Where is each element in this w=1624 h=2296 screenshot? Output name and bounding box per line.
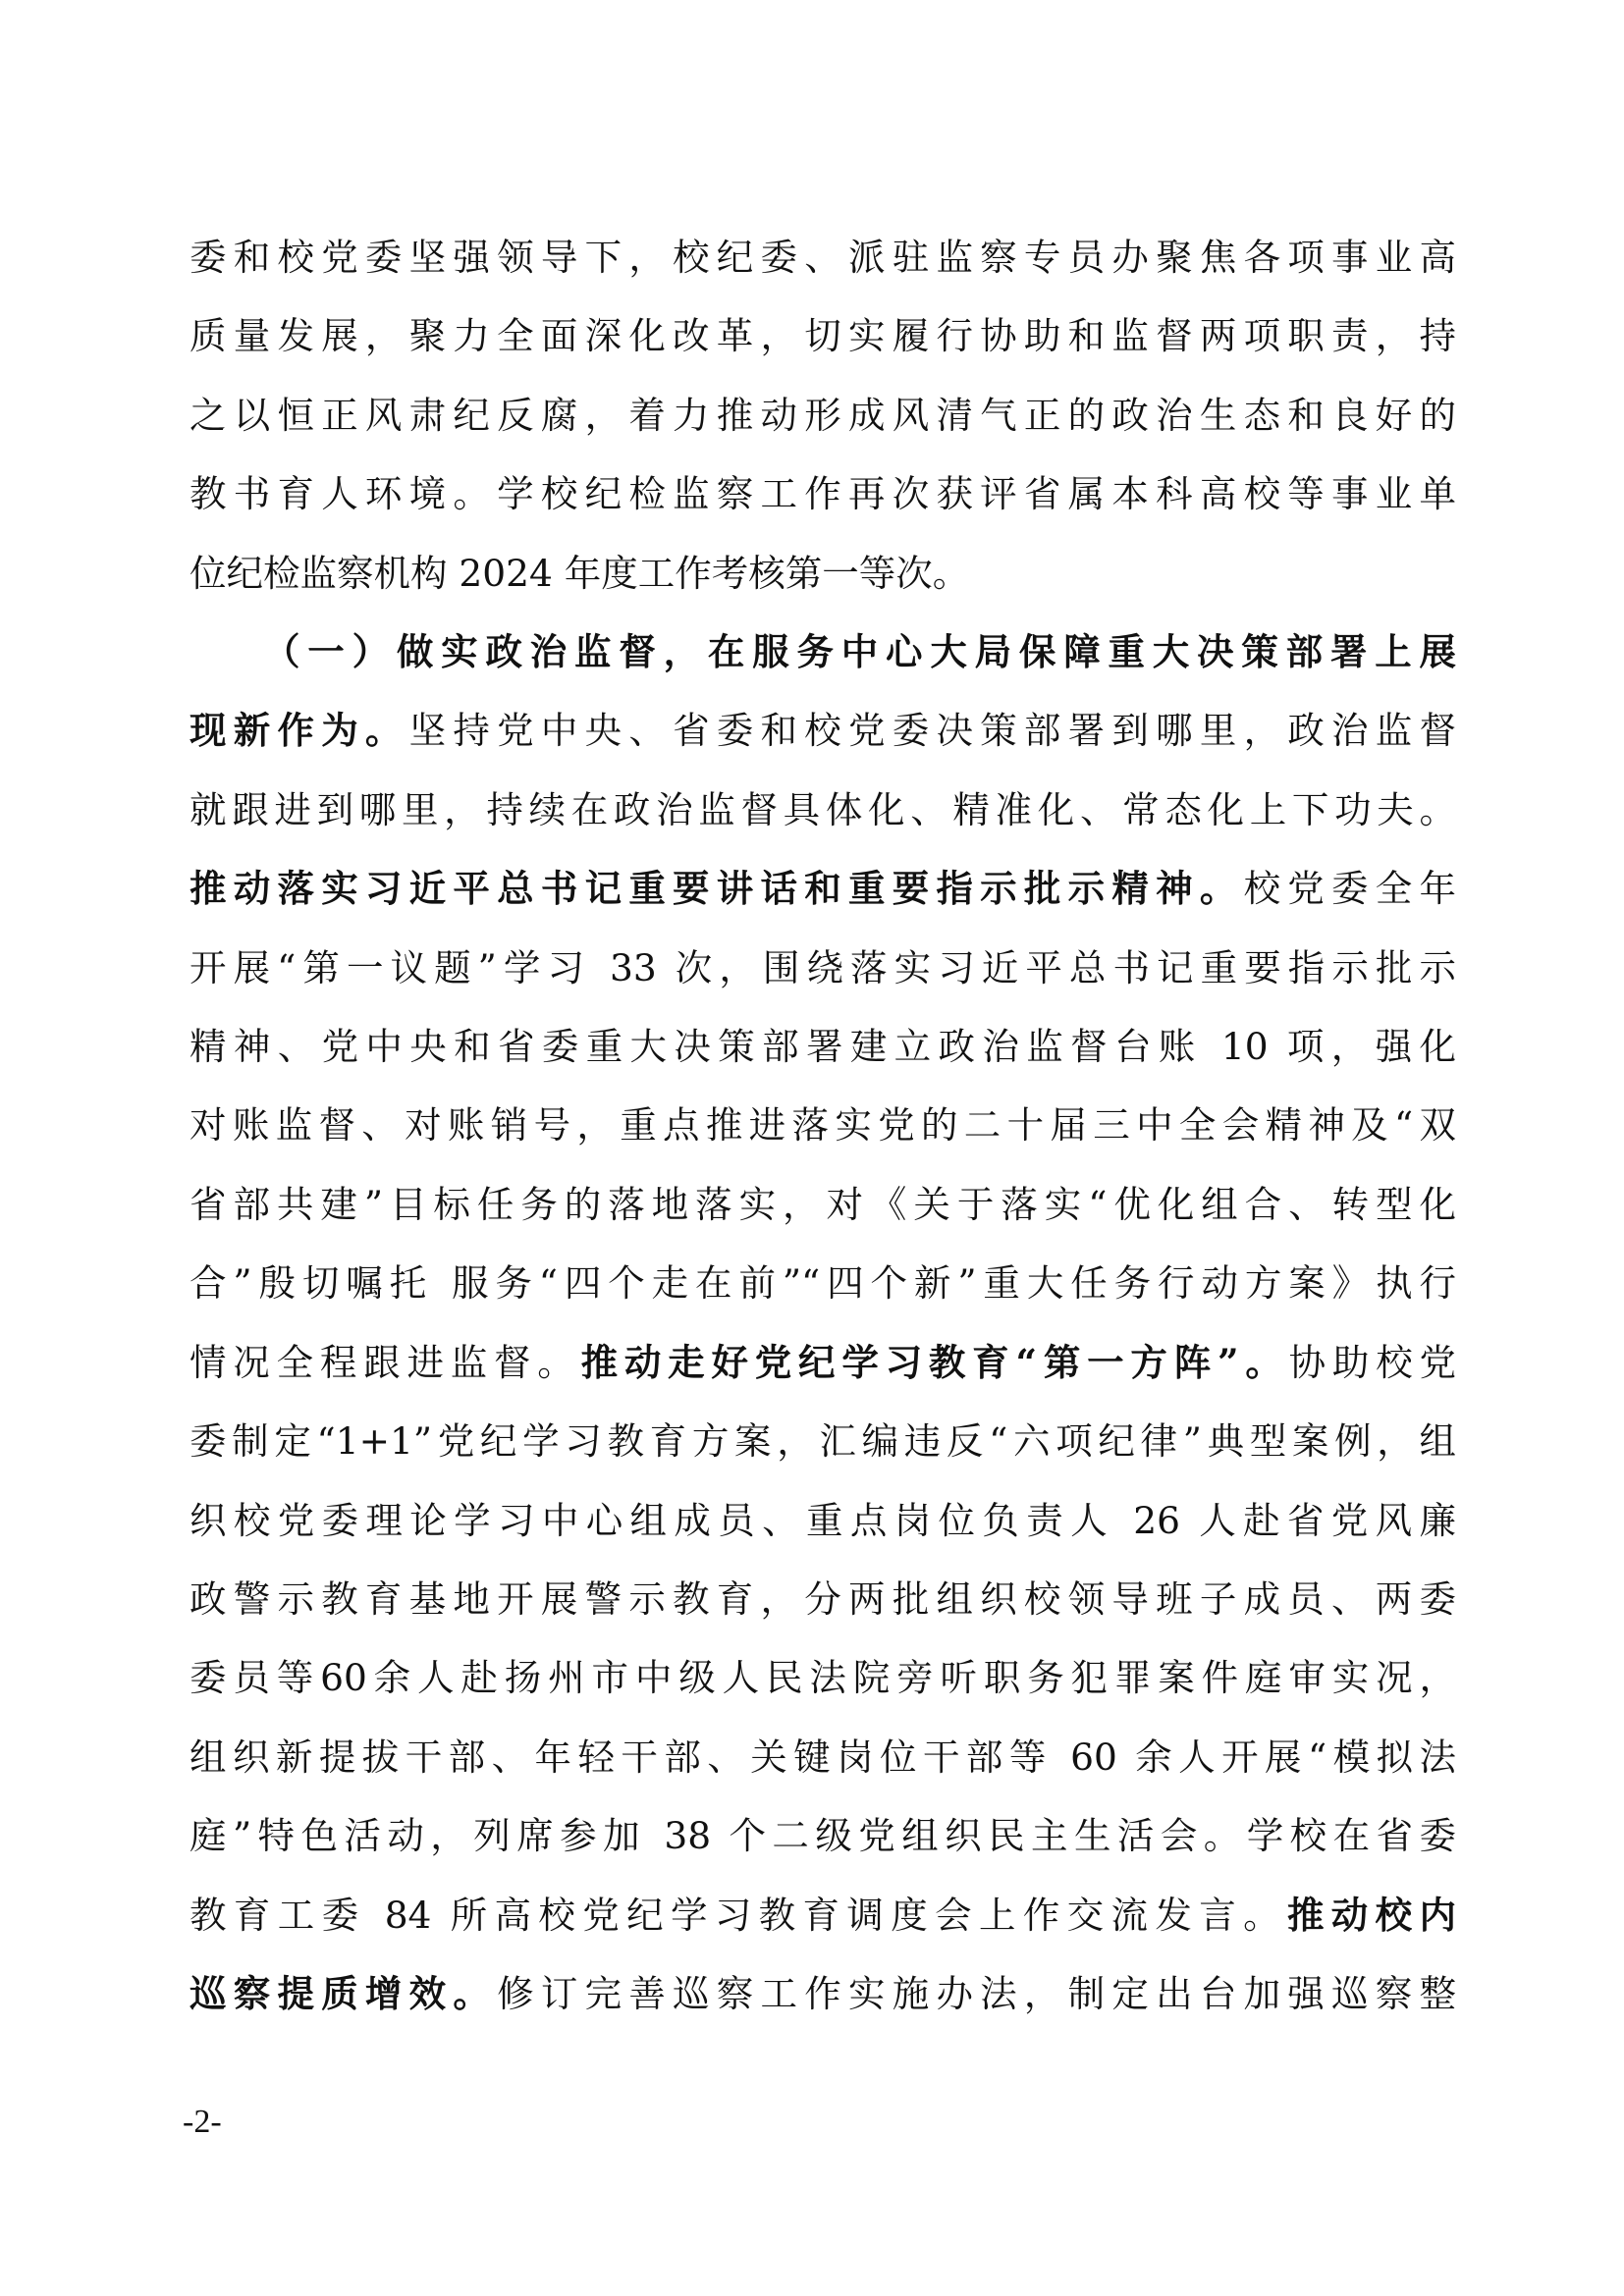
text-segment: 委和校党委坚强领导下，校纪委、派驻监察专员办聚焦各项事业高	[189, 236, 1456, 279]
text-segment: 开展“第一议题”学习 33 次，围绕落实习近平总书记重要指示批示	[189, 946, 1456, 989]
text-segment: 织校党委理论学习中心组成员、重点岗位负责人 26 人赴省党风廉	[189, 1499, 1456, 1542]
text-segment: 位纪检监察机构 2024 年度工作考核第一等次。	[189, 552, 969, 595]
body-text: 委和校党委坚强领导下，校纪委、派驻监察专员办聚焦各项事业高 质量发展，聚力全面深…	[189, 218, 1456, 2033]
text-segment: 对账监督、对账销号，重点推进落实党的二十届三中全会精神及“双	[189, 1103, 1456, 1147]
text-line-9: 推动落实习近平总书记重要讲话和重要指示批示精神。校党委全年	[189, 849, 1456, 928]
text-segment: 教育工委 84 所高校党纪学习教育调度会上作交流发言。	[189, 1894, 1287, 1937]
text-line-15: 情况全程跟进监督。推动走好党纪学习教育“第一方阵”。协助校党	[189, 1323, 1456, 1402]
text-segment: 教书育人环境。学校纪检监察工作再次获评省属本科高校等事业单	[189, 472, 1456, 515]
text-segment: 组织新提拔干部、年轻干部、关键岗位干部等 60 余人开展“模拟法	[189, 1735, 1456, 1779]
text-line-13: 省部共建”目标任务的落地落实，对《关于落实“优化组合、转型化	[189, 1165, 1456, 1244]
text-line-18: 政警示教育基地开展警示教育，分两批组织校领导班子成员、两委	[189, 1560, 1456, 1638]
text-segment: 政警示教育基地开展警示教育，分两批组织校领导班子成员、两委	[189, 1577, 1456, 1621]
text-segment: 修订完善巡察工作实施办法，制定出台加强巡察整	[497, 1972, 1456, 2015]
text-line-23: 巡察提质增效。修订完善巡察工作实施办法，制定出台加强巡察整	[189, 1954, 1456, 2033]
text-line-17: 织校党委理论学习中心组成员、重点岗位负责人 26 人赴省党风廉	[189, 1481, 1456, 1560]
text-segment: 校党委全年	[1244, 867, 1456, 910]
text-segment: 之以恒正风肃纪反腐，着力推动形成风清气正的政治生态和良好的	[189, 394, 1456, 437]
text-line-14: 合”殷切嘱托 服务“四个走在前”“四个新”重大任务行动方案》执行	[189, 1244, 1456, 1322]
bold-segment: 推动校内	[1287, 1894, 1456, 1937]
text-line-4: 教书育人环境。学校纪检监察工作再次获评省属本科高校等事业单	[189, 454, 1456, 533]
text-line-12: 对账监督、对账销号，重点推进落实党的二十届三中全会精神及“双	[189, 1086, 1456, 1164]
bold-segment: 现新作为。	[189, 709, 409, 752]
text-line-5: 位纪检监察机构 2024 年度工作考核第一等次。	[189, 534, 1456, 613]
text-line-2: 质量发展，聚力全面深化改革，切实履行协助和监督两项职责，持	[189, 296, 1456, 375]
text-line-10: 开展“第一议题”学习 33 次，围绕落实习近平总书记重要指示批示	[189, 929, 1456, 1007]
document-page: 委和校党委坚强领导下，校纪委、派驻监察专员办聚焦各项事业高 质量发展，聚力全面深…	[0, 0, 1624, 2296]
text-segment: 精神、党中央和省委重大决策部署建立政治监督台账 10 项，强化	[189, 1025, 1456, 1068]
bold-segment: 推动走好党纪学习教育“第一方阵”。	[581, 1341, 1289, 1384]
text-line-22: 教育工委 84 所高校党纪学习教育调度会上作交流发言。推动校内	[189, 1876, 1456, 1954]
text-segment: 就跟进到哪里，持续在政治监督具体化、精准化、常态化上下功夫。	[189, 788, 1456, 831]
text-line-21: 庭”特色活动，列席参加 38 个二级党组织民主生活会。学校在省委	[189, 1796, 1456, 1875]
text-segment: 委制定“1+1”党纪学习教育方案，汇编违反“六项纪律”典型案例，组	[189, 1419, 1456, 1463]
text-segment: 省部共建”目标任务的落地落实，对《关于落实“优化组合、转型化	[189, 1183, 1456, 1226]
text-segment: 坚持党中央、省委和校党委决策部署到哪里，政治监督	[409, 709, 1456, 752]
section-heading-line: （一）做实政治监督，在服务中心大局保障重大决策部署上展	[189, 613, 1456, 691]
text-segment: 合”殷切嘱托 服务“四个走在前”“四个新”重大任务行动方案》执行	[189, 1261, 1456, 1305]
bold-segment: 巡察提质增效。	[189, 1972, 497, 2015]
text-segment: 庭”特色活动，列席参加 38 个二级党组织民主生活会。学校在省委	[189, 1814, 1456, 1857]
text-line-19: 委员等60余人赴扬州市中级人民法院旁听职务犯罪案件庭审实况，	[189, 1638, 1456, 1717]
text-line-11: 精神、党中央和省委重大决策部署建立政治监督台账 10 项，强化	[189, 1007, 1456, 1086]
section-heading: （一）做实政治监督，在服务中心大局保障重大决策部署上展	[263, 630, 1456, 673]
text-line-7: 现新作为。坚持党中央、省委和校党委决策部署到哪里，政治监督	[189, 691, 1456, 770]
text-segment: 委员等60余人赴扬州市中级人民法院旁听职务犯罪案件庭审实况，	[189, 1656, 1456, 1699]
text-line-3: 之以恒正风肃纪反腐，着力推动形成风清气正的政治生态和良好的	[189, 376, 1456, 454]
text-line-8: 就跟进到哪里，持续在政治监督具体化、精准化、常态化上下功夫。	[189, 771, 1456, 849]
page-number: -2-	[183, 2104, 222, 2141]
bold-segment: 推动落实习近平总书记重要讲话和重要指示批示精神。	[189, 867, 1244, 910]
text-segment: 情况全程跟进监督。	[189, 1341, 581, 1384]
text-line-16: 委制定“1+1”党纪学习教育方案，汇编违反“六项纪律”典型案例，组	[189, 1402, 1456, 1480]
text-line-1: 委和校党委坚强领导下，校纪委、派驻监察专员办聚焦各项事业高	[189, 218, 1456, 296]
text-line-20: 组织新提拔干部、年轻干部、关键岗位干部等 60 余人开展“模拟法	[189, 1718, 1456, 1796]
text-segment: 协助校党	[1289, 1341, 1456, 1384]
text-segment: 质量发展，聚力全面深化改革，切实履行协助和监督两项职责，持	[189, 314, 1456, 357]
